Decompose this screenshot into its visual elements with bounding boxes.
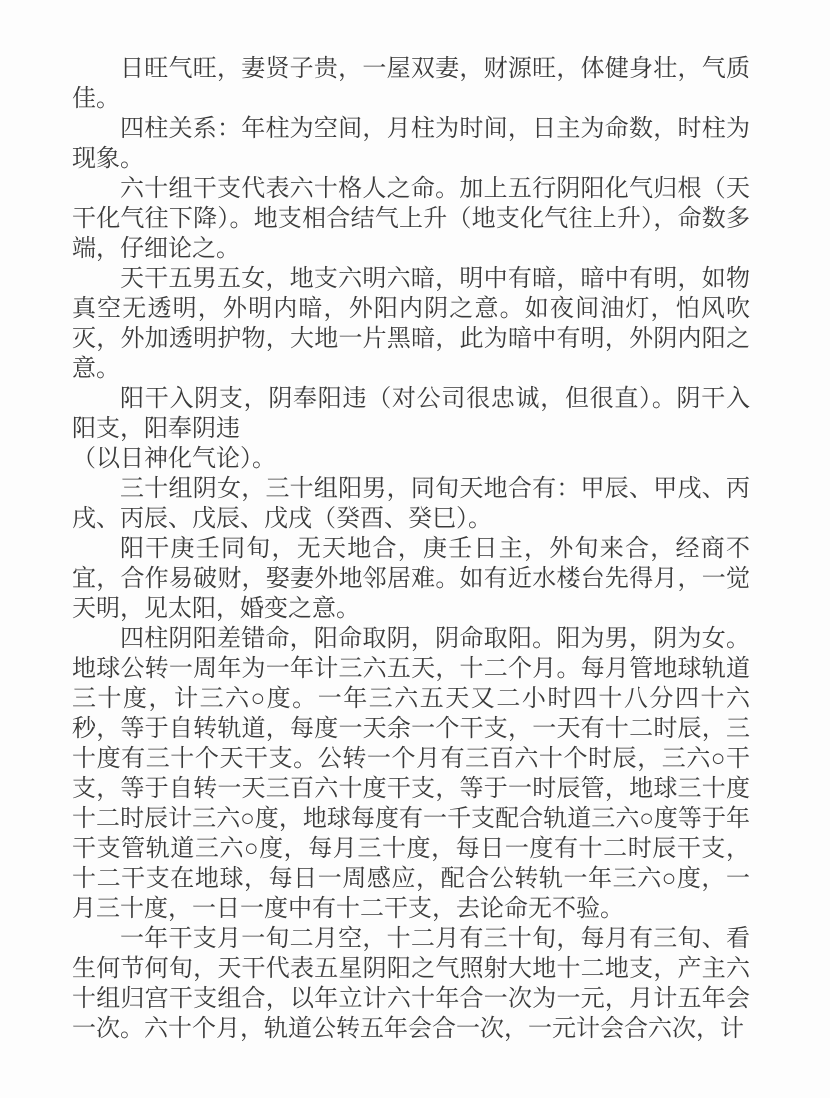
paragraph: 四柱关系：年柱为空间，月柱为时间，日主为命数，时柱为现象。 <box>72 114 750 174</box>
paragraph-no-indent: （以日神化气论）。 <box>72 444 750 474</box>
paragraph: 三十组阴女，三十组阳男，同旬天地合有：甲辰、甲戌、丙戌、丙辰、戊辰、戊戌（癸酉、… <box>72 474 750 534</box>
document-text-block: 日旺气旺，妻贤子贵，一屋双妻，财源旺，体健身壮，气质佳。 四柱关系：年柱为空间，… <box>72 54 750 1044</box>
paragraph: 阳干庚壬同旬，无天地合，庚壬日主，外旬来合，经商不宜，合作易破财，娶妻外地邻居难… <box>72 534 750 624</box>
paragraph: 一年干支月一旬二月空，十二月有三十旬，每月有三旬、看生何节何旬，天干代表五星阴阳… <box>72 924 750 1044</box>
paragraph: 天干五男五女，地支六明六暗，明中有暗，暗中有明，如物真空无透明，外明内暗，外阳内… <box>72 264 750 384</box>
paragraph: 日旺气旺，妻贤子贵，一屋双妻，财源旺，体健身壮，气质佳。 <box>72 54 750 114</box>
paragraph: 六十组干支代表六十格人之命。加上五行阴阳化气归根（天干化气往下降）。地支相合结气… <box>72 174 750 264</box>
paragraph: 阳干入阴支，阴奉阳违（对公司很忠诚，但很直）。阴干入阳支，阳奉阴违 <box>72 384 750 444</box>
document-page: 日旺气旺，妻贤子贵，一屋双妻，财源旺，体健身壮，气质佳。 四柱关系：年柱为空间，… <box>0 0 830 1098</box>
paragraph: 四柱阴阳差错命，阳命取阴，阴命取阳。阳为男，阴为女。地球公转一周年为一年计三六五… <box>72 624 750 924</box>
